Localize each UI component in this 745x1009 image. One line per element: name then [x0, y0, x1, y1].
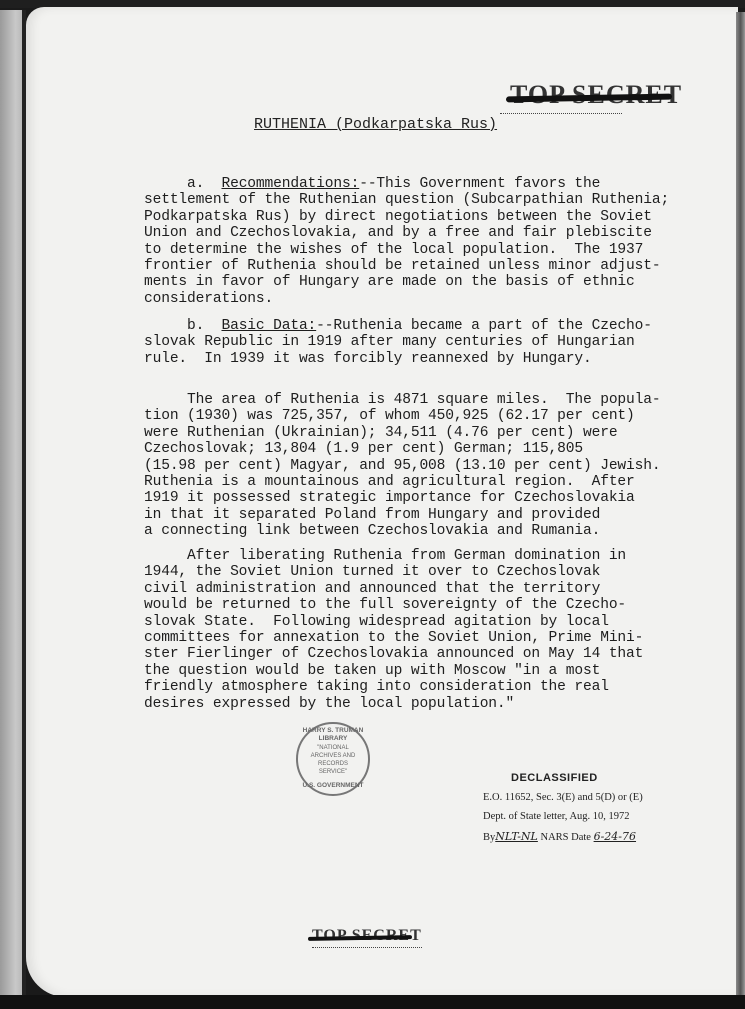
classification-marking-bottom: TOP SECRET [312, 927, 422, 945]
section-marker: b. [144, 318, 221, 334]
text-line: friendly atmosphere taking into consider… [144, 679, 609, 695]
text-line: civil administration and announced that … [144, 581, 600, 597]
text-line: --Ruthenia became a part of the Czecho- [316, 318, 652, 334]
text-line: rule. In 1939 it was forcibly reannexed … [144, 351, 592, 367]
paragraph-area-population: The area of Ruthenia is 4871 square mile… [144, 392, 704, 540]
stamp-line: "NATIONAL [310, 744, 356, 752]
declass-authority: E.O. 11652, Sec. 3(E) and 5(D) or (E) [483, 792, 643, 803]
truman-library-stamp: HARRY S. TRUMAN LIBRARY "NATIONAL ARCHIV… [296, 722, 370, 796]
text-line: ster Fierlinger of Czechoslovakia announ… [144, 646, 643, 662]
declassification-block: DECLASSIFIED E.O. 11652, Sec. 3(E) and 5… [483, 772, 643, 843]
section-heading: Recommendations: [221, 176, 359, 192]
text-line: 1944, the Soviet Union turned it over to… [144, 564, 600, 580]
text-line: slovak Republic in 1919 after many centu… [144, 334, 635, 350]
stamp-ring-bottom: U.S. GOVERNMENT [298, 782, 368, 790]
text-line: to determine the wishes of the local pop… [144, 242, 643, 258]
text-line: frontier of Ruthenia should be retained … [144, 258, 660, 274]
text-line: committees for annexation to the Soviet … [144, 630, 643, 646]
text-line: desires expressed by the local populatio… [144, 696, 514, 712]
stamp-center: "NATIONAL ARCHIVES AND RECORDS SERVICE" [310, 744, 356, 776]
text-line: The area of Ruthenia is 4871 square mile… [144, 392, 660, 408]
section-recommendations: a. Recommendations:--This Government fav… [144, 176, 704, 307]
text-line: ments in favor of Hungary are made on th… [144, 274, 635, 290]
text-line: would be returned to the full sovereignt… [144, 597, 626, 613]
reviewer-initials: NLT-NL [495, 830, 538, 843]
document-title: RUTHENIA (Podkarpatska Rus) [254, 116, 497, 133]
text-line: were Ruthenian (Ukrainian); 34,511 (4.76… [144, 425, 617, 441]
text-line: a connecting link between Czechoslovakia… [144, 523, 600, 539]
stamp-line: SERVICE" [310, 768, 356, 776]
declass-letter: Dept. of State letter, Aug. 10, 1972 [483, 811, 643, 822]
by-label: By [483, 832, 495, 843]
text-line: settlement of the Ruthenian question (Su… [144, 192, 669, 208]
text-line: Podkarpatska Rus) by direct negotiations… [144, 209, 652, 225]
text-line: tion (1930) was 725,357, of whom 450,925… [144, 408, 635, 424]
right-page-edge [736, 12, 745, 997]
declass-date: 6-24-76 [594, 830, 636, 843]
binding-gutter [22, 10, 26, 995]
section-marker: a. [144, 176, 221, 192]
nars-date-label: NARS Date [538, 832, 594, 843]
section-basic-data: b. Basic Data:--Ruthenia became a part o… [144, 318, 704, 367]
text-line: Czechoslovak; 13,804 (1.9 per cent) Germ… [144, 441, 583, 457]
text-line: Ruthenia is a mountainous and agricultur… [144, 474, 635, 490]
declass-signature-line: ByNLT-NL NARS Date 6-24-76 [483, 830, 643, 843]
classification-underline [500, 113, 622, 114]
classification-underline [312, 947, 422, 948]
stamp-line: RECORDS [310, 760, 356, 768]
text-line: After liberating Ruthenia from German do… [144, 548, 626, 564]
paragraph-liberation: After liberating Ruthenia from German do… [144, 548, 704, 712]
text-line: --This Government favors the [359, 176, 600, 192]
stamp-line: ARCHIVES AND [310, 752, 356, 760]
text-line: Union and Czechoslovakia, and by a free … [144, 225, 652, 241]
text-line: slovak State. Following widespread agita… [144, 614, 609, 630]
text-line: the question would be taken up with Mosc… [144, 663, 600, 679]
scan-bottom-border [0, 995, 745, 1009]
section-heading: Basic Data: [221, 318, 316, 334]
classification-marking-top: TOP SECRET [510, 80, 682, 110]
text-line: considerations. [144, 291, 273, 307]
text-line: (15.98 per cent) Magyar, and 95,008 (13.… [144, 458, 660, 474]
text-line: 1919 it possessed strategic importance f… [144, 490, 635, 506]
text-line: in that it separated Poland from Hungary… [144, 507, 600, 523]
stamp-ring-top: HARRY S. TRUMAN LIBRARY [298, 727, 368, 743]
declassified-heading: DECLASSIFIED [511, 772, 643, 784]
